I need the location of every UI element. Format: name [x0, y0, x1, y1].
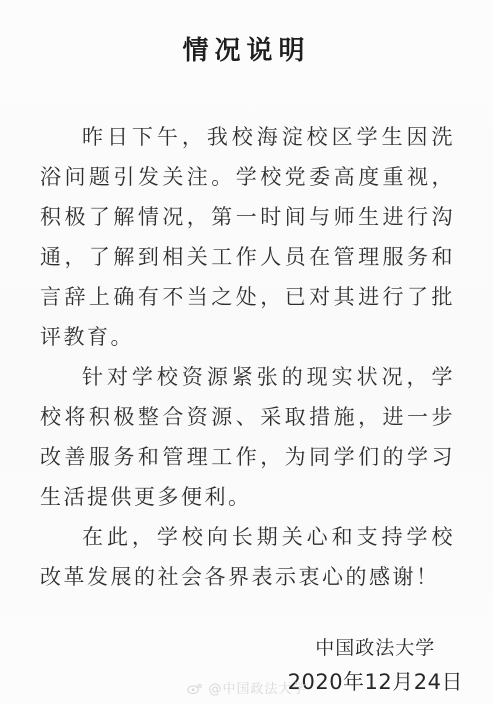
- paragraph-thanks: 在此，学校向长期关心和支持学校改革发展的社会各界表示衷心的感谢！: [40, 517, 455, 597]
- weibo-icon: [186, 681, 203, 695]
- paragraph-measures: 针对学校资源紧张的现实状况，学校将积极整合资源、采取措施，进一步改善服务和管理工…: [40, 357, 455, 517]
- paragraph-incident: 昨日下午，我校海淀校区学生因洗浴问题引发关注。学校党委高度重视，积极了解情况，第…: [40, 117, 455, 357]
- signature-organization: 中国政法大学: [315, 633, 435, 663]
- watermark: @中国政法大学: [0, 678, 493, 697]
- statement-document: 情况说明 昨日下午，我校海淀校区学生因洗浴问题引发关注。学校党委高度重视，积极了…: [0, 0, 493, 704]
- watermark-text: @中国政法大学: [208, 678, 306, 697]
- document-body: 昨日下午，我校海淀校区学生因洗浴问题引发关注。学校党委高度重视，积极了解情况，第…: [40, 117, 455, 597]
- document-title: 情况说明: [0, 0, 493, 67]
